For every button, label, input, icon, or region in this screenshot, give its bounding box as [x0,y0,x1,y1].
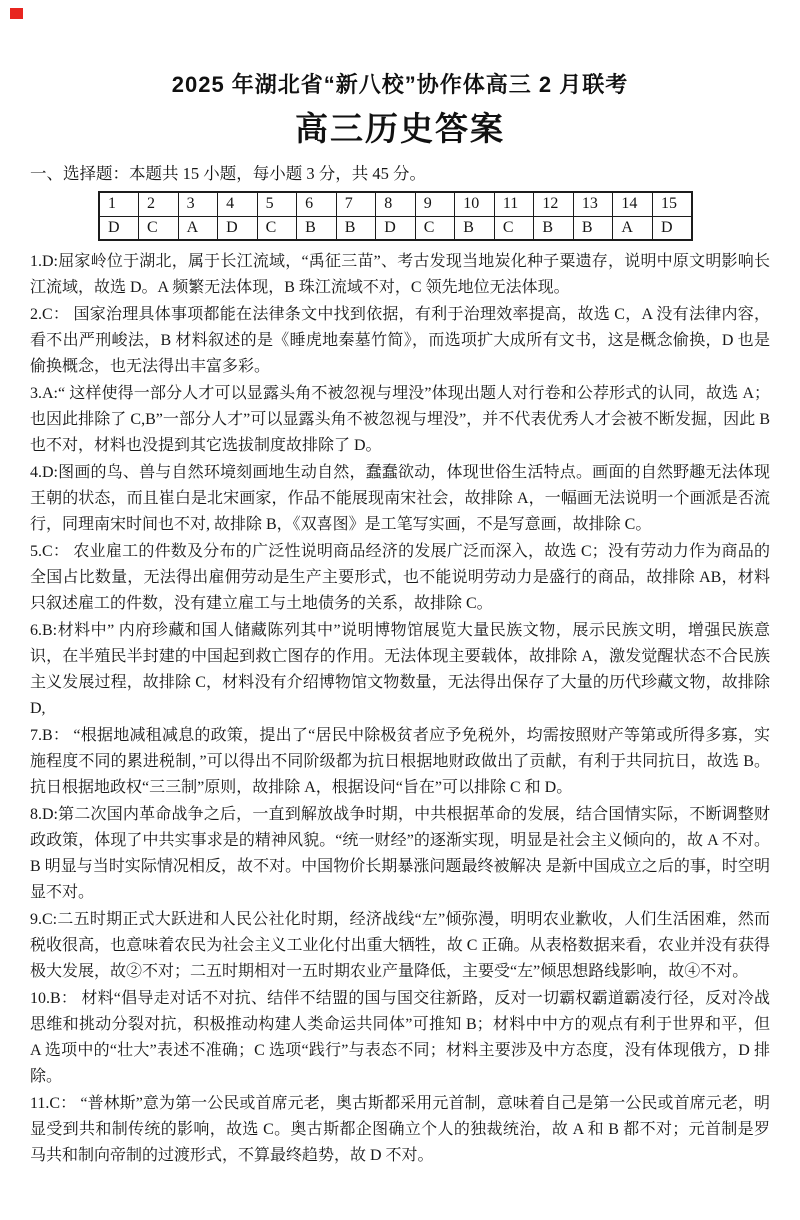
answer-letter-cell: D [99,216,139,240]
question-number-cell: 9 [415,192,455,216]
explanation-item: 10.B： 材料“倡导走对话不对抗、结伴不结盟的国与国交往新路，反对一切霸权霸道… [30,986,770,1090]
answer-letter-cell: C [494,216,534,240]
answer-letter-cell: D [218,216,258,240]
explanation-item: 6.B:材料中” 内府珍藏和国人储藏陈列其中”说明博物馆展览大量民族文物，展示民… [30,618,770,722]
explanation-item: 8.D:第二次国内革命战争之后，一直到解放战争时期，中共根据革命的发展，结合国情… [30,802,770,906]
answer-letter-cell: C [139,216,179,240]
question-number-row: 123456789101112131415 [99,192,692,216]
explanation-item: 4.D:图画的鸟、兽与自然环境刻画地生动自然，蠢蠢欲动，体现世俗生活特点。画面的… [30,460,770,538]
answer-letter-cell: D [376,216,416,240]
explanation-item: 1.D:屈家岭位于湖北，属于长江流域，“禹征三苗”、考古发现当地炭化种子粟遗存，… [30,249,770,301]
answer-table: 123456789101112131415 DCADCBBDCBCBBAD [98,191,693,241]
explanation-item: 5.C： 农业雇工的件数及分布的广泛性说明商品经济的发展广泛而深入，故选 C；没… [30,539,770,617]
answer-letter-cell: B [534,216,574,240]
explanation-item: 3.A:“ 这样使得一部分人才可以显露头角不被忽视与埋没”体现出题人对行卷和公荐… [30,381,770,459]
section-heading: 一、选择题：本题共 15 小题，每小题 3 分，共 45 分。 [30,160,770,184]
answer-letter-row: DCADCBBDCBCBBAD [99,216,692,240]
answer-letter-cell: B [455,216,495,240]
question-number-cell: 12 [534,192,574,216]
corner-marker [10,8,23,19]
answer-letter-cell: A [178,216,218,240]
question-number-cell: 10 [455,192,495,216]
question-number-cell: 14 [613,192,653,216]
question-number-cell: 6 [297,192,337,216]
answer-letter-cell: D [652,216,692,240]
question-number-cell: 4 [218,192,258,216]
answer-title: 高三历史答案 [30,103,770,150]
document-page: 2025 年湖北省“新八校”协作体高三 2 月联考 高三历史答案 一、选择题：本… [0,0,800,1220]
answer-letter-cell: B [573,216,613,240]
question-number-cell: 7 [336,192,376,216]
question-number-cell: 2 [139,192,179,216]
answer-letter-cell: A [613,216,653,240]
answer-letter-cell: B [336,216,376,240]
explanation-item: 7.B： “根据地减租减息的政策，提出了“居民中除极贫者应予免税外，均需按照财产… [30,723,770,801]
answer-letter-cell: B [297,216,337,240]
question-number-cell: 13 [573,192,613,216]
explanation-item: 9.C:二五时期正式大跃进和人民公社化时期，经济战线“左”倾弥漫，明明农业歉收，… [30,907,770,985]
question-number-cell: 8 [376,192,416,216]
question-number-cell: 11 [494,192,534,216]
explanation-item: 11.C： “普林斯”意为第一公民或首席元老，奥古斯都采用元首制，意味着自己是第… [30,1091,770,1169]
answer-letter-cell: C [257,216,297,240]
question-number-cell: 3 [178,192,218,216]
question-number-cell: 5 [257,192,297,216]
explanation-item: 2.C： 国家治理具体事项都能在法律条文中找到依据，有利于治理效率提高，故选 C… [30,302,770,380]
explanations-list: 1.D:屈家岭位于湖北，属于长江流域，“禹征三苗”、考古发现当地炭化种子粟遗存，… [30,249,770,1169]
answer-letter-cell: C [415,216,455,240]
question-number-cell: 1 [99,192,139,216]
question-number-cell: 15 [652,192,692,216]
exam-title: 2025 年湖北省“新八校”协作体高三 2 月联考 [30,0,770,99]
